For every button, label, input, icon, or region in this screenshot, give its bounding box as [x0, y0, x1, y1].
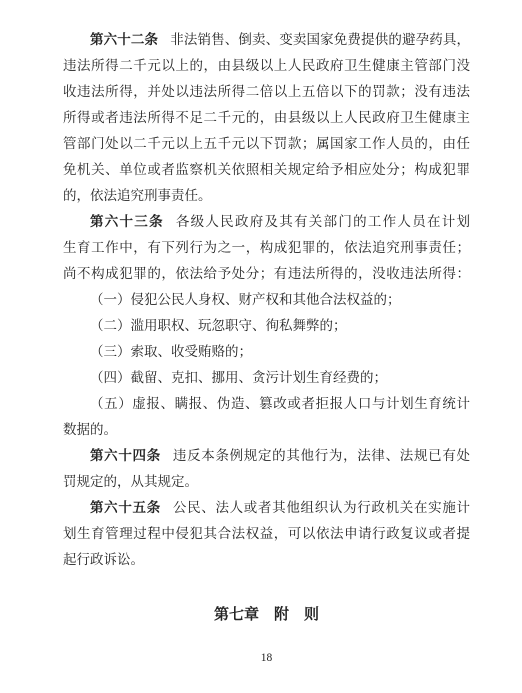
- text-line: 违法所得二千元以上的，由县级以上人民政府卫生健康主管部门没: [63, 53, 470, 79]
- article-first-line: 第六十三条各级人民政府及其有关部门的工作人员在计划: [63, 209, 470, 235]
- page-number: 18: [63, 645, 470, 671]
- article-number: 第六十三条: [90, 214, 164, 229]
- chapter-heading: 第七章 附 则: [63, 602, 470, 628]
- article-first-line: 第六十四条违反本条例规定的其他行为，法律、法规已有处: [63, 443, 470, 469]
- article-number: 第六十五条: [90, 500, 161, 515]
- article-first-line: 第六十二条非法销售、倒卖、变卖国家免费提供的避孕药具，: [63, 27, 470, 53]
- text-line: 划生育管理过程中侵犯其合法权益，可以依法申请行政复议或者提: [63, 521, 470, 547]
- text-line: （一）侵犯公民人身权、财产权和其他合法权益的；: [63, 287, 470, 313]
- text-line: 数据的。: [63, 417, 470, 443]
- text-line: 尚不构成犯罪的，依法给予处分；有违法所得的，没收违法所得：: [63, 261, 470, 287]
- document-body: 第六十二条非法销售、倒卖、变卖国家免费提供的避孕药具，违法所得二千元以上的，由县…: [63, 27, 470, 573]
- text-line: （二）滥用职权、玩忽职守、徇私舞弊的；: [63, 313, 470, 339]
- article-number: 第六十四条: [90, 448, 161, 463]
- text-line: （五）虚报、瞒报、伪造、篡改或者拒报人口与计划生育统计: [63, 391, 470, 417]
- text-line: 的，依法追究刑事责任。: [63, 183, 470, 209]
- article-first-line: 第六十五条公民、法人或者其他组织认为行政机关在实施计: [63, 495, 470, 521]
- text-line: 管部门处以二千元以上五千元以下罚款；属国家工作人员的，由任: [63, 131, 470, 157]
- text-line: 罚规定的，从其规定。: [63, 469, 470, 495]
- text-line: 免机关、单位或者监察机关依照相关规定给予相应处分；构成犯罪: [63, 157, 470, 183]
- text-line: 生育工作中，有下列行为之一，构成犯罪的，依法追究刑事责任；: [63, 235, 470, 261]
- text-line: 收违法所得，并处以违法所得二倍以上五倍以下的罚款；没有违法: [63, 79, 470, 105]
- text-line: 起行政诉讼。: [63, 547, 470, 573]
- text-line: （三）索取、收受贿赂的；: [63, 339, 470, 365]
- text-line: （四）截留、克扣、挪用、贪污计划生育经费的；: [63, 365, 470, 391]
- article-number: 第六十二条: [90, 32, 158, 47]
- document-page: 第六十二条非法销售、倒卖、变卖国家免费提供的避孕药具，违法所得二千元以上的，由县…: [0, 0, 522, 693]
- text-line: 所得或者违法所得不足二千元的，由县级以上人民政府卫生健康主: [63, 105, 470, 131]
- text-block: 第六十二条非法销售、倒卖、变卖国家免费提供的避孕药具，违法所得二千元以上的，由县…: [63, 27, 470, 671]
